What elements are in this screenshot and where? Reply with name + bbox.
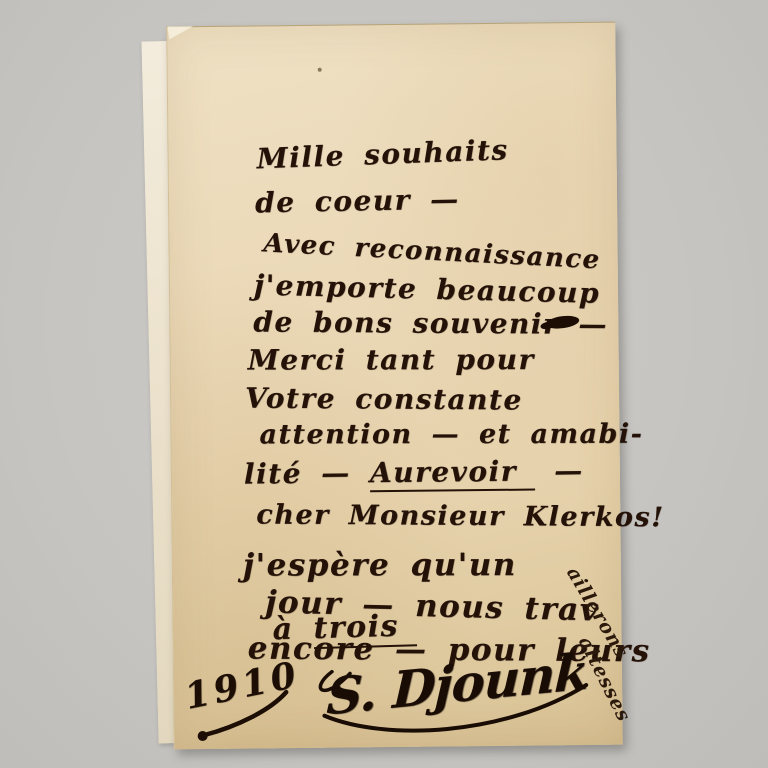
letter-paper: Mille souhaits de coeur — Avec reconnais…: [166, 22, 623, 750]
ink-flourish-overlay: [167, 23, 623, 750]
letter-photograph: Mille souhaits de coeur — Avec reconnais…: [0, 0, 768, 768]
